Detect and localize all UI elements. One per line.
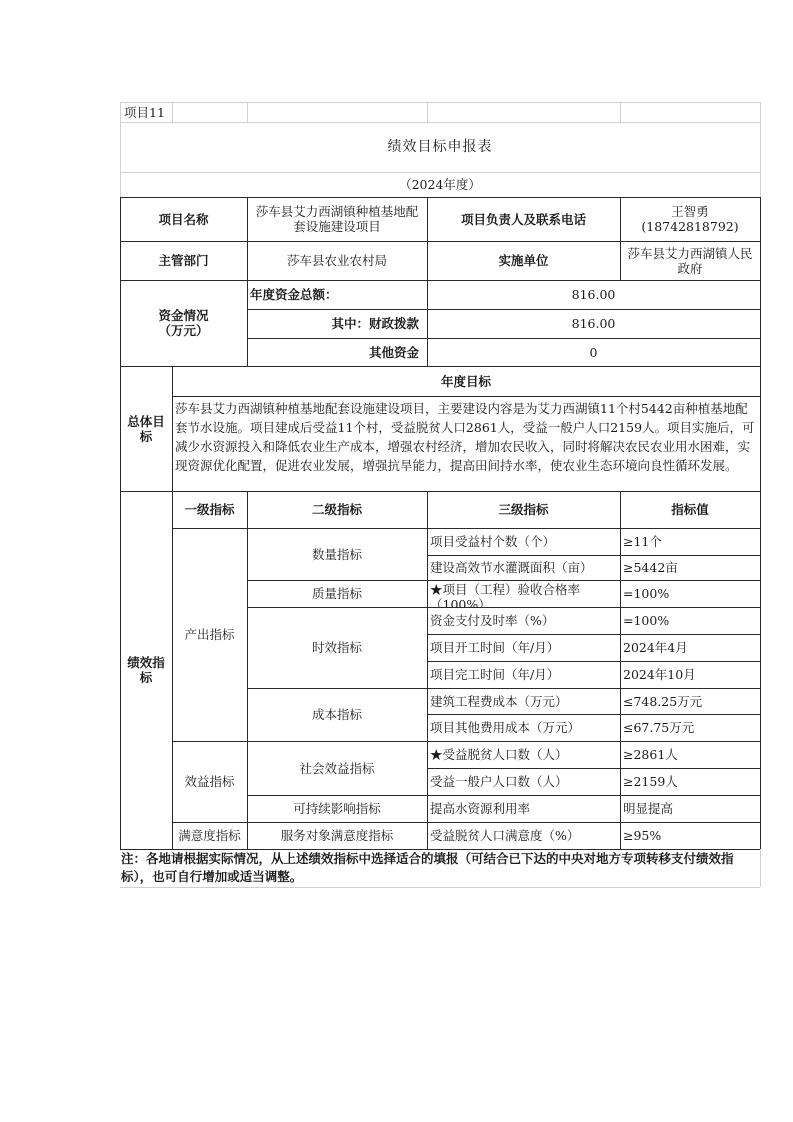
level3-item: 提高水资源利用率 (427, 795, 620, 822)
level2-timeliness: 时效指标 (247, 607, 427, 688)
project-tag: 项目11 (121, 102, 172, 122)
level3-item: 项目完工时间（年/月） (427, 661, 620, 688)
level2-cost: 成本指标 (247, 688, 427, 741)
col-header-level3: 三级指标 (427, 491, 620, 528)
annual-goal-header: 年度目标 (172, 366, 760, 396)
level2-social-benefit: 社会效益指标 (247, 741, 427, 795)
level3-item: 资金支付及时率（%） (427, 607, 620, 634)
contact-value: 王智勇 (18742818792) (620, 197, 760, 241)
level2-quality: 质量指标 (247, 580, 427, 607)
level3-item: 受益一般户人口数（人） (427, 768, 620, 795)
indicator-value: ≥2159人 (620, 768, 760, 795)
project-name-value: 莎车县艾力西湖镇种植基地配套设施建设项目 (247, 197, 427, 241)
funds-total-value: 816.00 (427, 280, 760, 309)
grid-line (120, 887, 760, 888)
project-name-label: 项目名称 (120, 197, 247, 241)
level3-item: 项目受益村个数（个） (427, 528, 620, 555)
grid-line (427, 102, 428, 122)
grid-line (172, 102, 173, 122)
indicator-value: ≥2861人 (620, 741, 760, 768)
funds-label-line1: 资金情况 (158, 308, 208, 323)
grid-line (120, 102, 760, 103)
grid-line (760, 197, 761, 849)
funds-other-value: 0 (427, 338, 760, 366)
level2-quantity: 数量指标 (247, 528, 427, 580)
grid-line (247, 102, 248, 122)
level2-service-satisfaction: 服务对象满意度指标 (247, 822, 427, 849)
form-year: （2024年度） (120, 172, 760, 197)
indicator-value: ≥11个 (620, 528, 760, 555)
funds-label: 资金情况 （万元） (120, 280, 247, 366)
performance-target-form: 项目11 绩效目标申报表 （2024年度） 项目名称 莎车县艾力西湖镇种植基地配… (0, 0, 793, 1122)
impl-unit-label: 实施单位 (427, 241, 620, 280)
overall-goal-label: 总体目标 (120, 366, 172, 491)
contact-phone: (18742818792) (641, 219, 738, 234)
indicator-value: =100% (620, 607, 760, 634)
impl-unit-value: 莎车县艾力西湖镇人民政府 (620, 241, 760, 280)
indicator-value: ≤67.75万元 (620, 714, 760, 741)
level3-item: ★受益脱贫人口数（人） (427, 741, 620, 768)
level1-benefit: 效益指标 (172, 741, 247, 822)
indicator-value: ≤748.25万元 (620, 688, 760, 714)
funds-fiscal-value: 816.00 (427, 309, 760, 338)
indicator-value: ≥95% (620, 822, 760, 849)
indicator-value: 明显提高 (620, 795, 760, 822)
annual-goal-text: 莎车县艾力西湖镇种植基地配套设施建设项目，主要建设内容是为艾力西湖镇11个村54… (172, 396, 760, 491)
col-header-level1: 一级指标 (172, 491, 247, 528)
indicator-value: 2024年10月 (620, 661, 760, 688)
indicator-value: 2024年4月 (620, 634, 760, 661)
level3-item: 项目其他费用成本（万元） (427, 714, 620, 741)
level2-sustainability: 可持续影响指标 (247, 795, 427, 822)
level3-item: 受益脱贫人口满意度（%） (427, 822, 620, 849)
level1-output: 产出指标 (172, 528, 247, 741)
indicator-value: ≥5442亩 (620, 555, 760, 580)
funds-label-line2: （万元） (158, 323, 208, 338)
dept-label: 主管部门 (120, 241, 247, 280)
contact-label: 项目负责人及联系电话 (427, 197, 620, 241)
col-header-value: 指标值 (620, 491, 760, 528)
funds-other-label: 其他资金 (247, 338, 427, 366)
col-header-level2: 二级指标 (247, 491, 427, 528)
grid-line (620, 102, 621, 122)
level3-item: 建设高效节水灌溉面积（亩） (427, 555, 620, 580)
form-title: 绩效目标申报表 (120, 122, 760, 172)
level3-item: 项目开工时间（年/月） (427, 634, 620, 661)
grid-line (760, 849, 761, 887)
footnote: 注：各地请根据实际情况，从上述绩效指标中选择适合的填报（可结合已下达的中央对地方… (121, 850, 761, 886)
contact-name: 王智勇 (671, 204, 709, 219)
grid-line (760, 102, 761, 197)
indicators-label: 绩效指标 (120, 491, 172, 849)
level3-item: ★项目（工程）验收合格率（100%） (427, 580, 620, 607)
funds-fiscal-label: 其中：财政拨款 (247, 309, 427, 338)
level1-satisfaction: 满意度指标 (172, 822, 247, 849)
dept-value: 莎车县农业农村局 (247, 241, 427, 280)
level3-item: 建筑工程费成本（万元） (427, 688, 620, 714)
funds-total-label: 年度资金总额： (247, 280, 427, 309)
indicator-value: =100% (620, 580, 760, 607)
